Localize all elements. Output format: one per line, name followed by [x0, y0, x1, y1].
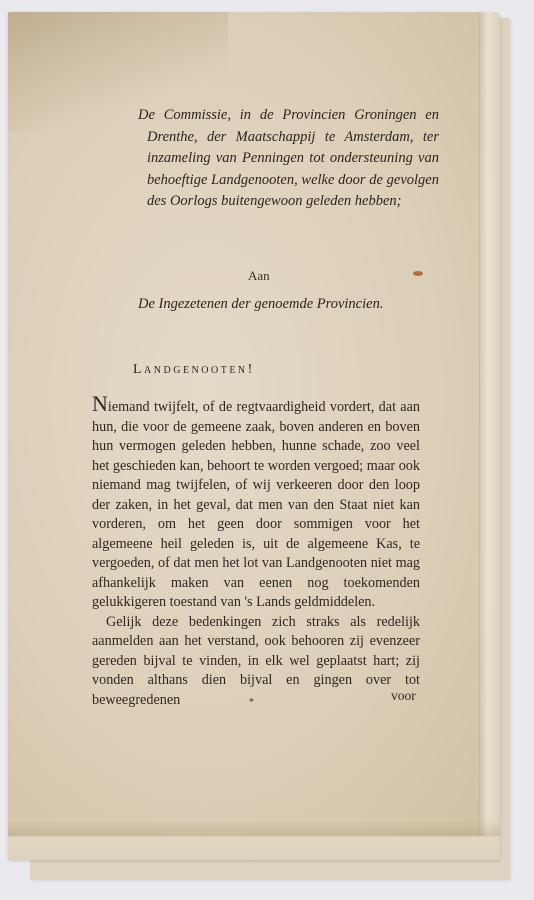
committee-address: De Commissie, in de Provincien Groningen… [138, 105, 439, 213]
foxing-stain [413, 271, 423, 276]
to-label: Aan [248, 268, 270, 284]
recipient-line: De Ingezetenen der genoemde Provincien. [138, 293, 439, 316]
page-edge-fold [479, 12, 500, 860]
paragraph-2: Gelijk deze bedenkingen zich straks als … [92, 613, 420, 711]
salutation: Landgenooten! [133, 362, 255, 378]
paragraph-1: Niemand twijfelt, of de regtvaardigheid … [92, 393, 420, 613]
signature-mark: * [249, 697, 254, 708]
catchword: voor [391, 688, 416, 704]
body-text: Niemand twijfelt, of de regtvaardigheid … [92, 393, 420, 710]
